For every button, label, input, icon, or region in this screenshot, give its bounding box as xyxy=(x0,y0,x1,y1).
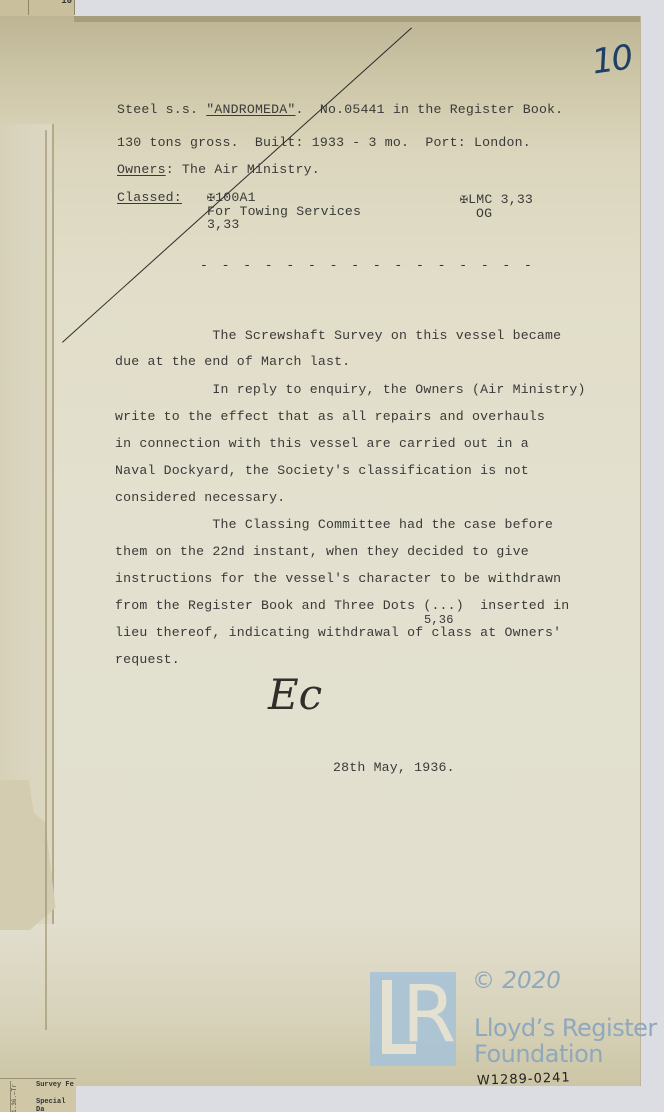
para3-line2: them on the 22nd instant, when they deci… xyxy=(115,544,529,559)
logo-r-glyph: R xyxy=(402,976,456,1054)
underlying-cell: 10 xyxy=(28,0,75,15)
owners-label: Owners xyxy=(117,162,166,177)
para3-line3: instructions for the vessel's character … xyxy=(115,571,561,586)
class-notation-machinery-1: ✠LMC 3,33 xyxy=(460,192,533,207)
para2-line2: write to the effect that as all repairs … xyxy=(115,409,545,424)
para2-line4: Naval Dockyard, the Society's classifica… xyxy=(115,463,529,478)
classed-label: Classed: xyxy=(117,190,182,205)
para3-line5: lieu thereof, indicating withdrawal of c… xyxy=(115,625,561,640)
underlying-top-fragment: 10 xyxy=(61,0,72,6)
page-crease xyxy=(45,130,47,1030)
underlying-line-1: Survey Fe xyxy=(36,1081,74,1089)
underlying-line-2: Special Da xyxy=(36,1098,76,1112)
header-line-2: 130 tons gross. Built: 1933 - 3 mo. Port… xyxy=(117,135,531,150)
header-line-1: Steel s.s. "ANDROMEDA". No.05441 in the … xyxy=(117,102,563,117)
handwritten-page-number: 10 xyxy=(589,37,633,82)
owners-line: Owners: The Air Ministry. xyxy=(117,162,320,177)
underlying-vertical-text: 1.36.—Tr xyxy=(10,1081,29,1112)
line1-prefix: Steel s.s. xyxy=(117,102,206,117)
para1-line2: due at the end of March last. xyxy=(115,354,350,369)
class-notation-main-1: ✠100A1 xyxy=(207,190,256,205)
document-date: 28th May, 1936. xyxy=(333,760,455,775)
para3-line6: request. xyxy=(115,652,180,667)
class-notation-machinery-2: OG xyxy=(476,206,492,221)
para3-line4: from the Register Book and Three Dots (.… xyxy=(115,598,569,613)
underlying-cell xyxy=(0,0,29,15)
logo-l-stroke xyxy=(382,980,392,1054)
para1-line1: The Screwshaft Survey on this vessel bec… xyxy=(115,328,561,343)
watermark-org-line2: Foundation xyxy=(474,1040,603,1068)
lr-logo-icon: R xyxy=(370,972,456,1066)
underlying-sheet-bottom: 1.36.—Tr Survey Fe Special Da xyxy=(0,1078,76,1112)
class-notation-main-3: 3,33 xyxy=(207,217,239,232)
para3-line1: The Classing Committee had the case befo… xyxy=(115,517,553,532)
owners-value: : The Air Ministry. xyxy=(166,162,320,177)
para2-line5: considered necessary. xyxy=(115,490,285,505)
watermark-org-line1: Lloyd’s Register xyxy=(474,1014,657,1042)
para2-line3: in connection with this vessel are carri… xyxy=(115,436,529,451)
page-top-edge xyxy=(74,16,640,22)
underlying-sheet-top: 10 xyxy=(0,0,74,17)
watermark-copyright: © 2020 xyxy=(472,968,561,994)
separator-dashes: - - - - - - - - - - - - - - - - xyxy=(200,258,535,273)
handwritten-initials: Ec xyxy=(268,670,322,719)
para2-line1: In reply to enquiry, the Owners (Air Min… xyxy=(115,382,586,397)
line1-suffix: . No.05441 in the Register Book. xyxy=(296,102,564,117)
ship-name: "ANDROMEDA" xyxy=(206,102,295,117)
